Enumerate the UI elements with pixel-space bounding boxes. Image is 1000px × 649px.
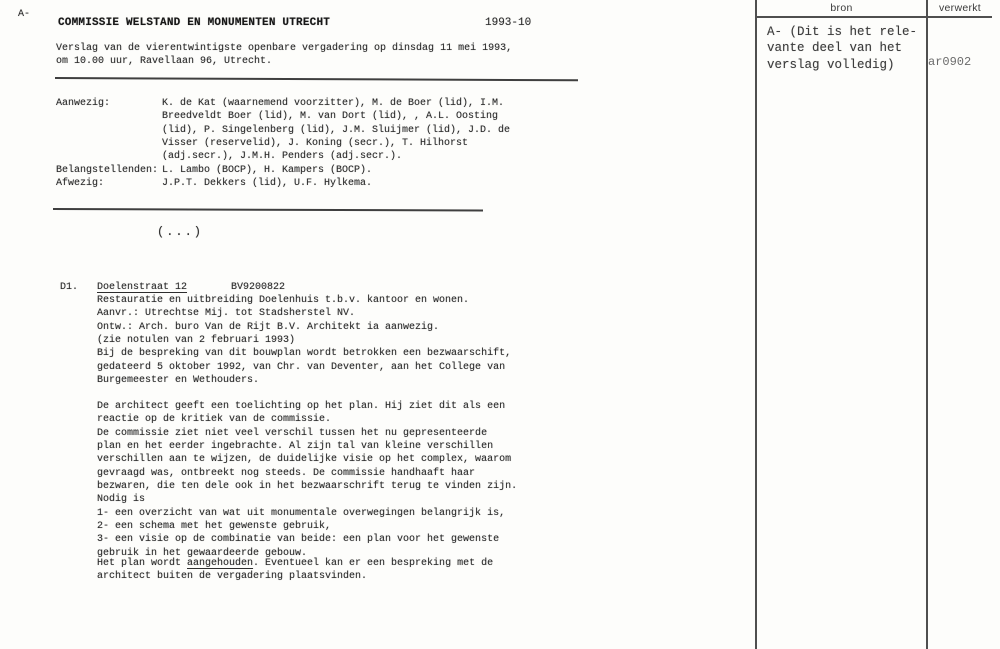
item-number: D1.	[60, 281, 78, 294]
scanned-meeting-report-page: A- COMMISSIE WELSTAND EN MONUMENTEN UTRE…	[0, 0, 1000, 649]
decision-word: aangehouden	[187, 558, 253, 569]
horizontal-rule-attendance	[53, 208, 483, 212]
document-number: 1993-10	[485, 17, 531, 30]
attendance-values: K. de Kat (waarnemend voorzitter), M. de…	[162, 97, 510, 190]
verwerkt-column-header: verwerkt	[928, 2, 992, 14]
horizontal-rule-top	[55, 77, 578, 81]
item-address: Doelenstraat 12	[97, 281, 187, 294]
corner-mark: A-	[18, 8, 30, 21]
meeting-intro: Verslag van de vierentwintigste openbare…	[56, 42, 512, 69]
margin-panel-header-underline	[755, 16, 992, 18]
item-decision-line: Het plan wordt aangehouden. Eventueel ka…	[97, 557, 493, 570]
document-title: COMMISSIE WELSTAND EN MONUMENTEN UTRECHT	[58, 17, 330, 29]
item-decision-line2: architect buiten de vergadering plaatsvi…	[97, 570, 367, 583]
attendance-labels: Aanwezig: Belangstellenden: Afwezig:	[56, 97, 158, 190]
bron-column-header: bron	[757, 2, 926, 14]
item-discussion: De architect geeft een toelichting op he…	[97, 400, 517, 560]
omission-mark: (...)	[157, 226, 203, 239]
item-details: Restauratie en uitbreiding Doelenhuis t.…	[97, 294, 511, 387]
margin-processed-code: ar0902	[928, 55, 971, 69]
decision-suffix: . Eventueel kan er een bespreking met de	[253, 558, 493, 569]
margin-panel-left-border	[755, 0, 757, 649]
margin-note: A- (Dit is het rele- vante deel van het …	[767, 24, 917, 73]
margin-panel-column-divider	[926, 0, 928, 649]
decision-prefix: Het plan wordt	[97, 558, 187, 569]
item-case-code: BV9200822	[231, 281, 285, 294]
